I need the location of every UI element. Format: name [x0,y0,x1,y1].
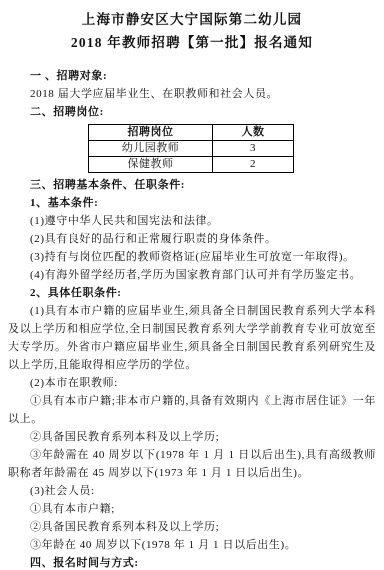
specific-condition-paragraph: ②具备国民教育系列本科及以上学历; [8,518,376,536]
table-header-count: 人数 [213,125,294,141]
section1-heading: 一 、招聘对象: [8,67,376,85]
table-header-row: 招聘岗位 人数 [89,125,294,141]
document-body: 一 、招聘对象: 2018 届大学应届毕业生、在职教师和社会人员。 二、招聘岗位… [0,67,384,570]
specific-condition-paragraph: ③年龄需在 40 周岁以下(1978 年 1 月 1 日以后出生),具有高级教师… [8,446,376,482]
document-page: 上海市静安区大宁国际第二幼儿园 2018 年教师招聘【第一批】报名通知 一 、招… [0,0,384,570]
table-row: 幼儿园教师 3 [89,141,294,157]
section3-heading: 三、招聘基本条件、任职条件: [8,176,376,194]
table-header-post: 招聘岗位 [89,125,213,141]
title-line-1: 上海市静安区大宁国际第二幼儿园 [0,8,384,31]
specific-condition-paragraph: ①具有本市户籍; [8,500,376,518]
basic-condition-item: (2)具有良好的品行和正常履行职责的身体条件。 [8,230,376,248]
document-title: 上海市静安区大宁国际第二幼儿园 2018 年教师招聘【第一批】报名通知 [0,0,384,54]
recruitment-post-table: 招聘岗位 人数 幼儿园教师 3 保健教师 2 [88,124,294,173]
table-row: 保健教师 2 [89,157,294,173]
section2-heading: 二、招聘岗位: [8,103,376,121]
table-cell-count: 2 [213,157,294,173]
specific-condition-paragraph: ②具备国民教育系列本科及以上学历; [8,428,376,446]
basic-condition-item: (3)持有与岗位匹配的教师资格证(应届毕业生可放宽一年取得)。 [8,248,376,266]
specific-condition-paragraph: ①具有本市户籍;非本市户籍的,具备有效期内《上海市居住证》一年以上。 [8,392,376,428]
specific-condition-paragraph: (1)具有本市户籍的应届毕业生,须具备全日制国民教育系列大学本科及以上学历和相应… [8,302,376,374]
table-cell-post: 保健教师 [89,157,213,173]
title-line-2: 2018 年教师招聘【第一批】报名通知 [0,31,384,54]
basic-condition-item: (4)有海外留学经历者,学历为国家教育部门认可并有学历鉴定书。 [8,266,376,284]
table-cell-post: 幼儿园教师 [89,141,213,157]
section1-body: 2018 届大学应届毕业生、在职教师和社会人员。 [8,85,376,103]
basic-condition-item: (1)遵守中华人民共和国宪法和法律。 [8,212,376,230]
specific-condition-paragraph: (3)社会人员: [8,482,376,500]
table-cell-count: 3 [213,141,294,157]
basic-conditions-heading: 1、基本条件: [8,194,376,212]
specific-conditions-heading: 2、具体任职条件: [8,284,376,302]
specific-condition-paragraph: ③年龄在 40 周岁以下(1978 年 1 月 1 日以后出生)。 [8,536,376,554]
section4-heading: 四、报名时间与方式: [8,554,376,570]
specific-condition-paragraph: (2)本市在职教师: [8,374,376,392]
